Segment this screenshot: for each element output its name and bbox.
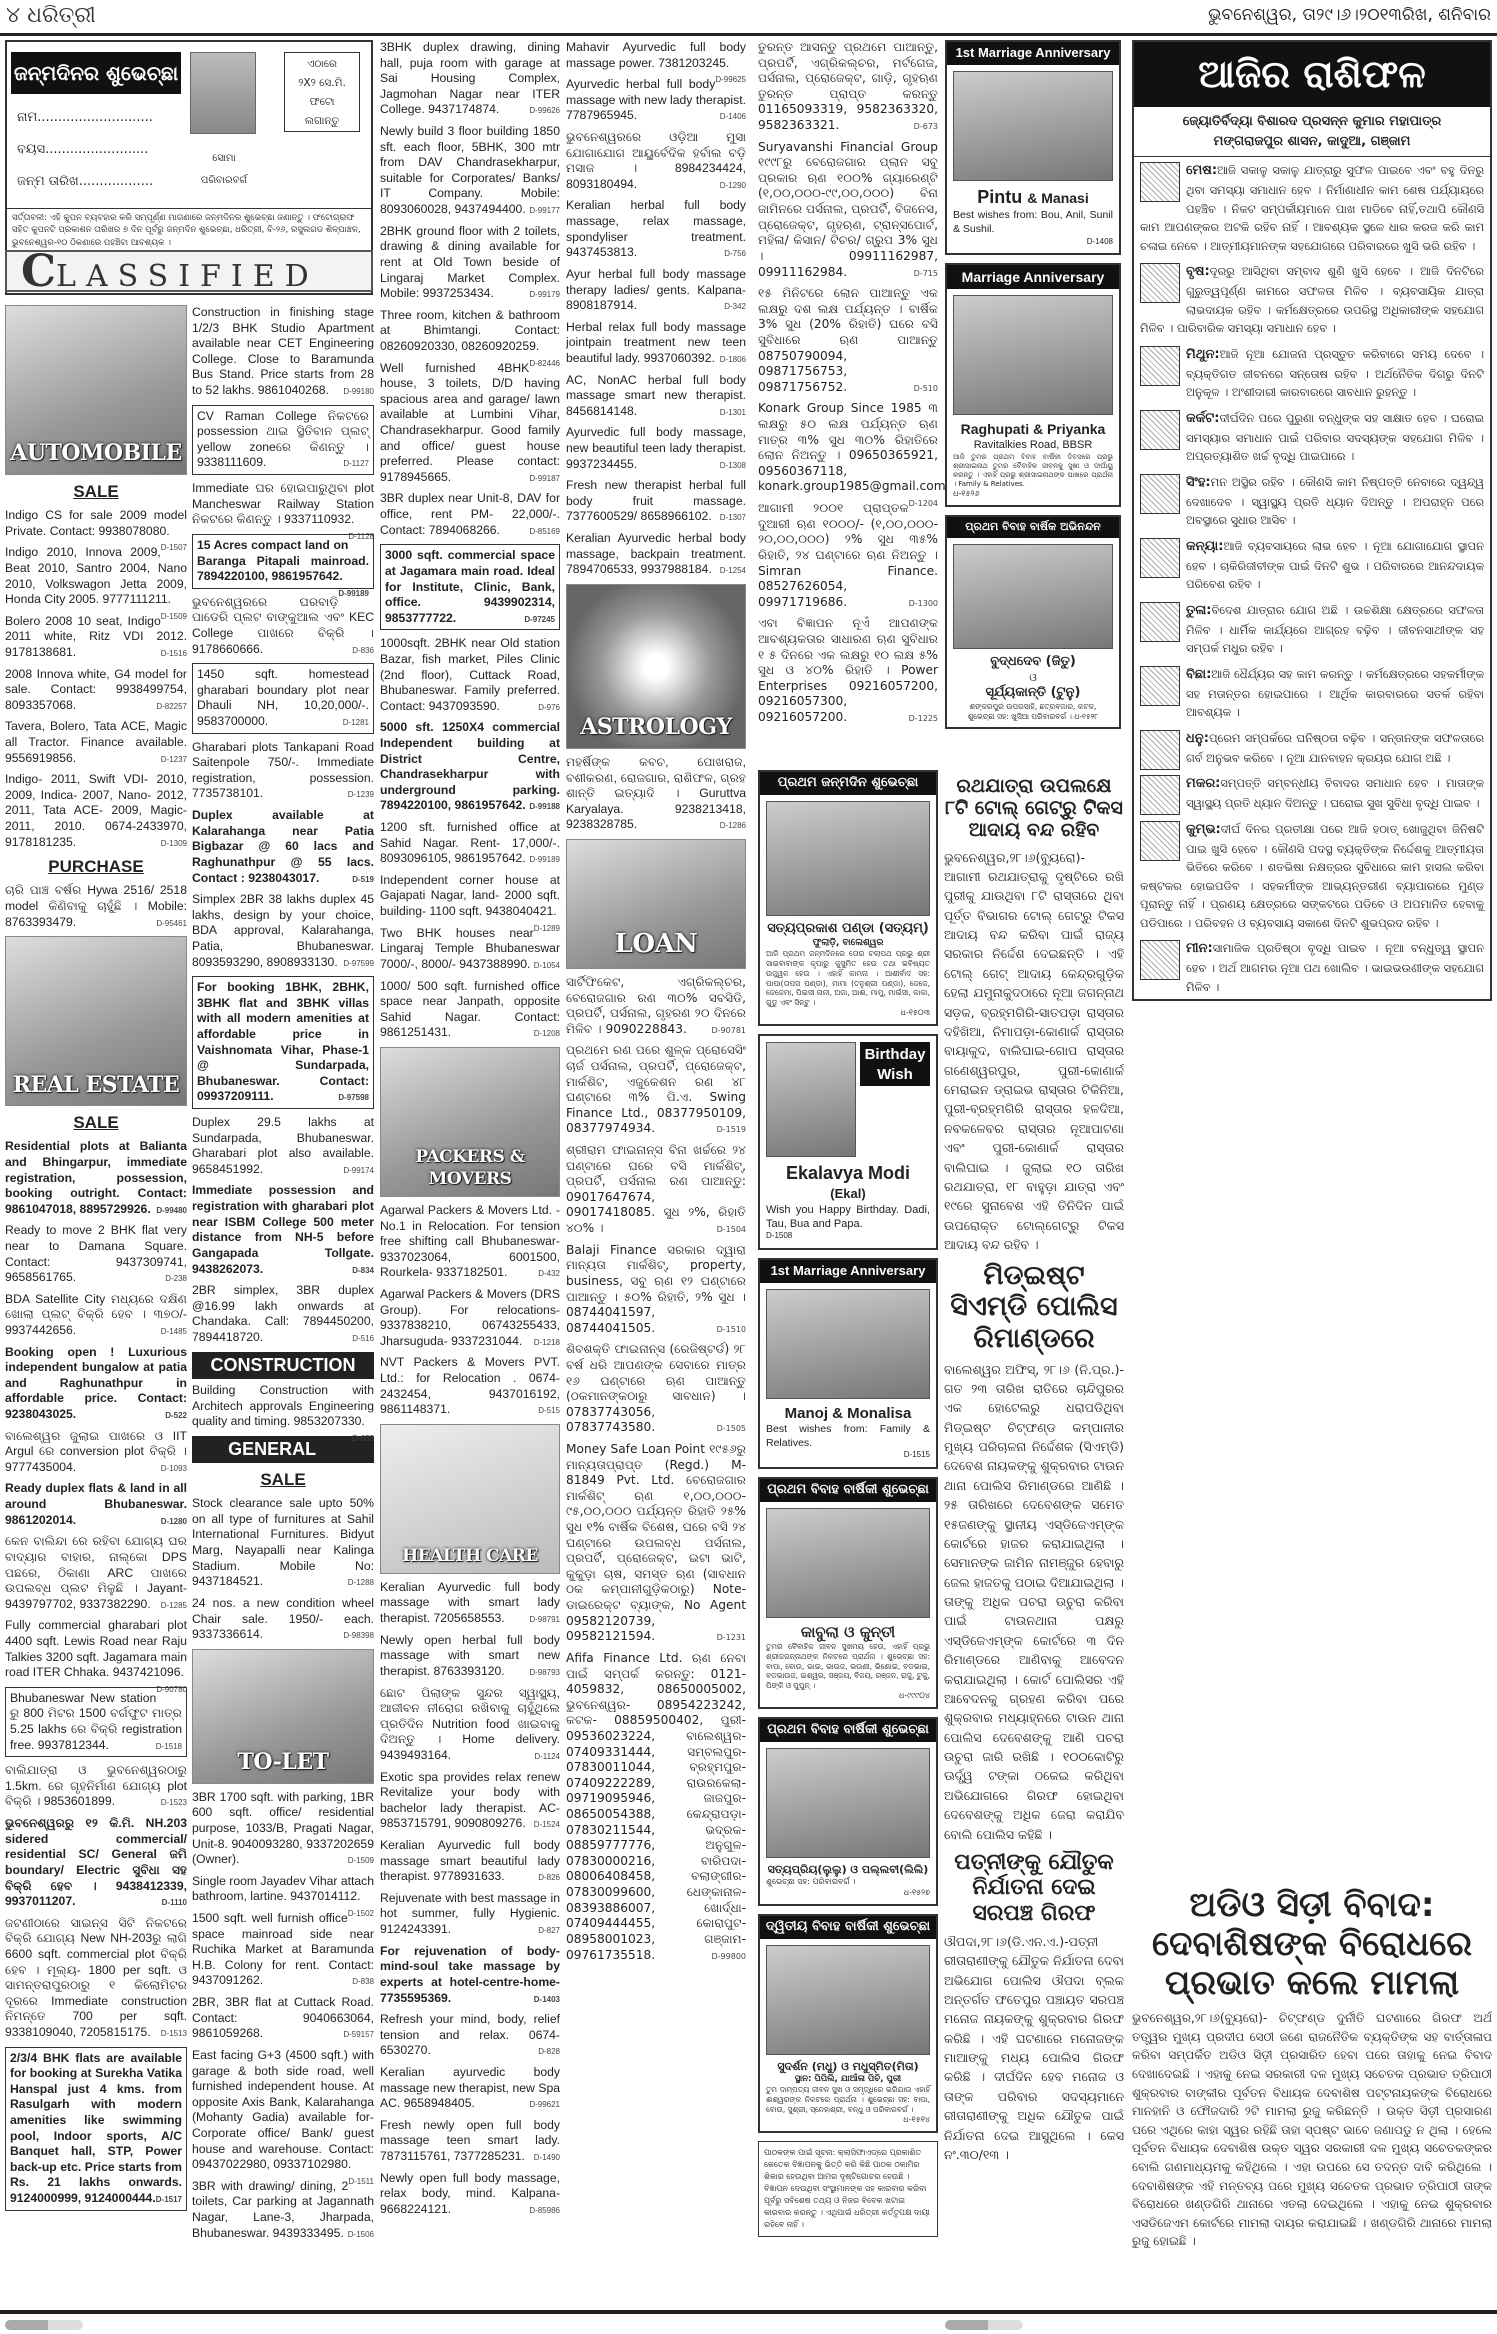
ad-code: D-1281 — [343, 718, 369, 728]
ad-text: ଶ୍ରୀରାମ ଫାଇନାନ୍ସ ବିନା ଖର୍ଚ୍ଚରେ ୨୪ ଘଣ୍ଟାର… — [566, 1143, 746, 1235]
field-dob[interactable]: ଜନ୍ମ ତାରିଖ.................. — [17, 174, 153, 191]
ad-text: Booking open ! Luxurious independent bun… — [5, 1345, 187, 1421]
classified-ad: 2BHK ground floor with 2 toilets, drawin… — [380, 224, 560, 302]
automobile-image: AUTOMOBILE — [5, 305, 187, 475]
couple-place: ଶଙ୍କରପୁର ଉପରସାହି, ଛତ୍ରବଜାର, କଟକ, — [953, 702, 1113, 712]
classified-ad: Indigo CS for sale 2009 model Private. C… — [5, 508, 187, 539]
child-place: ଫୁଲାଡ଼ି, ବାଲେଶ୍ୱର — [766, 938, 930, 950]
packers-image: PACKERS & MOVERS — [380, 1047, 560, 1197]
classified-ad: Fresh newly open full body massage teen … — [380, 2118, 560, 2165]
ad-code: D-97245 — [524, 615, 555, 625]
ad-text: Bolero 2008 10 seat, Indigo 2011 white, … — [5, 614, 187, 659]
notice-code: ଧ-୯୯୯୦୪ — [766, 1691, 930, 1701]
ad-code: D-827 — [538, 1926, 560, 1936]
column-property: Construction in finishing stage 1/2/3 BH… — [192, 305, 374, 2305]
horoscope-sign: ବୃଷ:ଦୂରରୁ ଆସିଥିବା ସମ୍ବାଦ ଶୁଣି ଖୁସି ହେବେ … — [1134, 258, 1490, 340]
ad-code: D-1403 — [534, 1995, 560, 2005]
ad-code: D-1406 — [720, 112, 746, 122]
classified-ad: 5000 sft. 1250X4 commercial Independent … — [380, 720, 560, 814]
and-conjunction: ଓ — [953, 671, 1113, 685]
top-rule — [0, 33, 1497, 36]
classified-ad: Agarwal Packers & Movers (DRS Group). Fo… — [380, 1287, 560, 1349]
classified-ad: Newly open full body massage, relax body… — [380, 2171, 560, 2218]
ad-code: D-99187 — [529, 474, 560, 484]
news-body-midest: ବାଲେଶ୍ୱର ଅଫିସ୍, ୨୮।୬ (ନି.ପ୍ର.)- ଗତ ୨୩ ତା… — [944, 1360, 1124, 1844]
news-headline-dowry: ପତ୍ନୀଙ୍କୁ ଯୌତୁକ ନିର୍ଯାତନା ଦେଇ ସରପଞ୍ଚ ଗିର… — [944, 1850, 1124, 1926]
news-body-toll: ଭୁବନେଶ୍ୱର,୨୮।୬(ବ୍ୟୁରୋ)- ଆଗାମୀ ରଥଯାତ୍ରାକୁ… — [944, 848, 1124, 1255]
ad-text: Immediate ଘର ହୋଇପାରୁଥିବା plot Mancheswar… — [192, 481, 374, 526]
sample-photo — [190, 52, 256, 134]
zodiac-icon — [1140, 602, 1180, 642]
ad-text: 2/3/4 BHK flats are available for bookin… — [10, 2051, 182, 2205]
ad-text: Well furnished 4BHK house, 3 toilets, D/… — [380, 361, 560, 484]
classified-ad: Independent corner house at Gajapati Nag… — [380, 873, 560, 920]
couple-name: ସୁଦର୍ଶନ (ମଧୁ) ଓ ମଧୁସ୍ମିତ(ମିତା) — [766, 2060, 930, 2074]
ad-text: Balaji Finance ସରକାର ଦ୍ୱାରା ମାନ୍ୟତା ମାର୍… — [566, 1243, 746, 1335]
ad-code: D-82446 — [529, 359, 560, 369]
classified-ad: Building Construction with Architech app… — [192, 1383, 374, 1430]
news-column: ରଥଯାତ୍ରା ଉପଲକ୍ଷେ ୮ଟି ଟୋଲ୍ ଗେଟ୍‌ରୁ ଟିକସ ଆ… — [944, 770, 1124, 2270]
ad-code: D-1254 — [720, 566, 746, 576]
sign-name: କନ୍ୟା: — [1186, 539, 1223, 554]
classified-ad: ସାର୍ଟିଫିକେଟ, ଏଗ୍ରିକଲ୍‌ଚର, ବେରୋଜଗାର ରଣ ୩୦… — [566, 975, 746, 1037]
classified-ad: BDA Satellite City ମଧ୍ୟରେ ଦକ୍ଷିଣ ଖୋଲା ପ୍… — [5, 1292, 187, 1339]
ad-text: NVT Packers & Movers PVT. Ltd.: for Relo… — [380, 1355, 560, 1416]
ad-code: D-1509 — [348, 1856, 374, 1866]
classified-ad: Keralian Ayurvedic herbal body massage, … — [566, 531, 746, 578]
ad-text: Duplex available at Kalarahanga near Pat… — [192, 808, 374, 884]
classified-ad: 1000/ 500 sqft. furnished office space n… — [380, 979, 560, 1041]
ad-code: D-1507 — [161, 543, 187, 553]
sign-name: ସିଂହ: — [1186, 475, 1211, 490]
classified-rest: LASSIFIED — [56, 259, 319, 294]
astrologer-address: ମଙ୍ଗରାଜପୁର ଶାସନ, କାଦୁଆ, ଗଞ୍ଜାମ — [1134, 132, 1490, 152]
ad-text: Independent corner house at Gajapati Nag… — [380, 873, 560, 918]
notice-code: D-1408 — [953, 237, 1113, 247]
ad-code: D-1490 — [534, 2153, 560, 2163]
ad-text: 5000 sft. 1250X4 commercial Independent … — [380, 720, 560, 812]
notice-code: ଧ-୧୫୧୪ — [766, 2115, 930, 2125]
zodiac-icon — [1140, 263, 1180, 303]
field-age[interactable]: ବୟସ......................... — [17, 142, 148, 159]
zodiac-icon — [1140, 410, 1180, 450]
column-tolet-services: 3BHK duplex drawing, dining hall, puja r… — [380, 40, 560, 2310]
ad-code: D-97599 — [343, 959, 374, 969]
horoscope-box: ଆଜିର ରାଶିଫଳ ଜ୍ୟୋତିର୍ବିଦ୍ୟା ବିଶାରଦ ପ୍ରସନ୍… — [1132, 40, 1492, 1001]
news-headline-midest: ମିଡ୍‌ଇଷ୍ଟ ସିଏମ୍‌ଡି ପୋଲିସ ରିମାଣ୍ଡରେ — [944, 1260, 1124, 1353]
ad-code: D-1505 — [717, 1424, 746, 1434]
classified-ad: Single room Jayadev Vihar attach bathroo… — [192, 1874, 374, 1905]
ad-code: D-99626 — [529, 106, 560, 116]
ad-text: 1000sqft. 2BHK near Old station Bazar, f… — [380, 636, 560, 712]
ad-text: Ayur herbal full body massage therapy la… — [566, 267, 746, 312]
ad-code: D-976 — [538, 703, 560, 713]
ad-code: D-1513 — [161, 2029, 187, 2039]
classified-ad: Ready to move 2 BHK flat very near to Da… — [5, 1223, 187, 1285]
ad-code: D-99480 — [156, 1206, 187, 1216]
sign-text: ସମ୍ପତ୍ତି ସମ୍ବନ୍ଧୀୟ ବିବାଦର ସମାଧାନ ହେବ । ମ… — [1186, 776, 1484, 810]
ad-text: ବାଲିଯାତ୍ରା ଓ ଭୁବନେଶ୍ୱରଠାରୁ 1.5km. ରେ ଗୃହ… — [5, 1763, 187, 1808]
classified-ad: ତୁରନ୍ତ ଆସନ୍ତୁ ପ୍ରଥମେ ପାଆନ୍ତୁ, ପ୍ରପର୍ଟି, … — [758, 40, 938, 134]
ad-code: D-1239 — [348, 790, 374, 800]
astrology-image: ASTROLOGY — [566, 584, 746, 749]
child-name: ସତ୍ୟପ୍ରକାଶ ପଣ୍ଡା (ସତ୍ୟମ୍) — [766, 921, 930, 938]
classified-ad: Newly open herbal full body massage with… — [380, 1633, 560, 1680]
ad-code: D-1093 — [161, 1464, 187, 1474]
classified-ad: 3BR with drawing/ dining, 2 toilets, Car… — [192, 2179, 374, 2241]
notice-header: ପ୍ରଥମ ବିବାହ ବାର୍ଷିକୀ ଶୁଭେଚ୍ଛା — [760, 1479, 936, 1502]
ad-code: D-1208 — [534, 1029, 560, 1039]
ad-code: D-715 — [914, 269, 938, 279]
ad-text: ଛୋଟ ପିଲାଙ୍କ ସୁନ୍ଦର ସ୍ୱାସ୍ଥ୍ୟ, ଆଜୀବନ ନୀରୋ… — [380, 1686, 560, 1762]
ad-code: D-1307 — [720, 513, 746, 523]
notice-code: D-1508 — [766, 1231, 930, 1241]
column-automobile-realestate: AUTOMOBILE SALE Indigo CS for sale 2009 … — [5, 305, 187, 2305]
classified-ad: Balaji Finance ସରକାର ଦ୍ୱାରା ମାନ୍ୟତା ମାର୍… — [566, 1243, 746, 1337]
ad-code: D-1289 — [534, 924, 560, 934]
ad-text: 2BR simplex, 3BR duplex @16.99 lakh onwa… — [192, 1283, 374, 1344]
masthead: ୪ ଧରିତ୍ରୀ ଭୁବନେଶ୍ୱର, ତା୨୯।୬।୨୦୧୩ରିଖ, ଶନି… — [0, 0, 1497, 32]
notice-header: Marriage Anniversary — [947, 265, 1119, 289]
classified-ad: Two BHK houses near Lingaraj Temple Bhub… — [380, 926, 560, 973]
ad-code: D-515 — [538, 1406, 560, 1416]
ad-text: Agarwal Packers & Movers Ltd. - No.1 in … — [380, 1203, 560, 1279]
couple-name: କାବୁଲା ଓ କୁନ୍ତୀ — [766, 1623, 930, 1643]
ad-code: D-1519 — [717, 1125, 746, 1135]
notice-message: Wish you Happy Birthday. Dadi, Tau, Bua … — [766, 1203, 930, 1232]
notice-code: ଧ-୧୫୨୭ — [766, 1888, 930, 1898]
ad-code: D-1301 — [720, 408, 746, 418]
automobile-label: AUTOMOBILE — [6, 439, 186, 468]
classified-ad: Keralian herbal full body massage, relax… — [566, 198, 746, 260]
classified-ad: Newly build 3 floor building 1850 sft. e… — [380, 124, 560, 218]
ad-text: Indigo CS for sale 2009 model Private. C… — [5, 508, 187, 538]
ad-code: D-432 — [538, 1269, 560, 1279]
construction-heading: CONSTRUCTION — [192, 1352, 374, 1379]
classified-ad: ବାଲିଯାତ୍ରା ଓ ଭୁବନେଶ୍ୱରଠାରୁ 1.5km. ରେ ଗୃହ… — [5, 1763, 187, 1810]
notice-message: ଶୁଭେଚ୍ଛା ସହ: ଖୁସିଆ ପରିବାରବର୍ଗ । ଧ-୧୫୨୮ — [953, 712, 1113, 722]
classified-ad: Ayur herbal full body massage therapy la… — [566, 267, 746, 314]
anniversary-raghupati-notice: Marriage Anniversary Raghupati & Priyank… — [945, 263, 1121, 507]
horoscope-section: ଆଜିର ରାଶିଫଳ ଜ୍ୟୋତିର୍ବିଦ୍ୟା ବିଶାରଦ ପ୍ରସନ୍… — [1132, 40, 1492, 1870]
ad-text: Refresh your mind, body, relief tension … — [380, 2012, 560, 2057]
sign-name: ମୀନ: — [1186, 941, 1213, 956]
horoscope-sign: ମେଷ:ଆଜି ସକାଳୁ ସକାଳୁ ଯାତ୍ରାରୁ ସୁଫଳ ପାଇବେ … — [1134, 157, 1490, 258]
horoscope-sign: କନ୍ୟା:ଆଜି ବ୍ୟବସାୟରେ ଲାଭ ହେବ । ନୂଆ ଯୋଗାଯୋ… — [1134, 533, 1490, 597]
ad-code: D-1510 — [717, 1325, 746, 1335]
child-photo — [766, 801, 930, 916]
general-heading: GENERAL — [192, 1436, 374, 1463]
ad-code: D-99189 — [529, 855, 560, 865]
ad-text: Residential plots at Balianta and Bhinga… — [5, 1139, 187, 1215]
zodiac-icon — [1140, 474, 1180, 514]
ad-code: D-1218 — [534, 1338, 560, 1348]
scrollbar-left[interactable] — [5, 2320, 83, 2330]
ad-text: Immediate possession and registration wi… — [192, 1183, 374, 1275]
ad-code: D-828 — [538, 2047, 560, 2057]
classified-ad: 3BR 1700 sqft. with parking, 1BR 600 sqf… — [192, 1790, 374, 1868]
classified-ad: Construction in finishing stage 1/2/3 BH… — [192, 305, 374, 399]
classified-initial: C — [21, 246, 56, 297]
notice-message: ଆଜି ପ୍ରଥମ ଜନ୍ମଦିନରେ ତୋର ଚଲାପଥ ପ୍ରଭୁ ଶ୍ରୀ… — [766, 949, 930, 1008]
sign-text: ମନ ଅସ୍ଥିର ରହିବ । କୌଣସି କାମ ନିଷ୍ପତ୍ତି ନେବ… — [1186, 475, 1484, 528]
anniversary-satyapriya-notice: ପ୍ରଥମ ବିବାହ ବାର୍ଷିକୀ ଶୁଭେଚ୍ଛା ସତ୍ୟପ୍ରିୟ(… — [758, 1717, 938, 1906]
ad-text: Tavera, Bolero, Tata ACE, Magic all Trac… — [5, 719, 187, 764]
couple-photo — [953, 71, 1113, 181]
ad-text: ଶିବଶକ୍ତି ଫାଇନାନ୍ସ (ରେଜିଷ୍ଟର୍ଡ) ୨୮ ବର୍ଷ ଧ… — [566, 1342, 746, 1434]
ad-code: D-1518 — [156, 1742, 182, 1752]
classified-ad: 15 Acres compact land on Baranga Pitapal… — [192, 534, 374, 589]
classified-ad: Exotic spa provides relax renew Revitali… — [380, 1770, 560, 1832]
real-estate-image: REAL ESTATE — [5, 936, 187, 1106]
ad-code: D-99179 — [529, 290, 560, 300]
notice-code: ଧ-୧୫୨୮ — [1074, 712, 1098, 721]
sign-text: ପ୍ରେମ ସମ୍ପର୍କରେ ଘନିଷ୍ଠତା ବଢ଼ିବ । ସନ୍ତାନଙ… — [1186, 731, 1484, 765]
name-b: & Manasi — [1027, 190, 1088, 206]
classified-ad: Ayurvedic full body massage, new beautif… — [566, 425, 746, 472]
classified-ad: 2BR simplex, 3BR duplex @16.99 lakh onwa… — [192, 1283, 374, 1345]
sign-text: ଦୀର୍ଘଦିନ ପରେ ପୁରୁଣା ବନ୍ଧୁଙ୍କ ସହ ସାକ୍ଷାତ … — [1186, 411, 1484, 464]
ad-code: D-82257 — [156, 702, 187, 712]
notice-header: ପ୍ରଥମ ଜନ୍ମଦିନ ଶୁଭେଚ୍ଛା — [760, 772, 936, 795]
classified-ad: Agarwal Packers & Movers Ltd. - No.1 in … — [380, 1203, 560, 1281]
re-sale-heading: SALE — [5, 1112, 187, 1134]
classified-ad: 1500 sqft. well furnish office space mai… — [192, 1911, 374, 1989]
ad-text: Rejuvenate with best massage in hot summ… — [380, 1891, 560, 1936]
couple-photo — [766, 1748, 930, 1858]
classified-ad: ଭୁବନେଶ୍ୱରରୁ ୧୨ କି.ମି. NH.203 sidered com… — [5, 1816, 187, 1910]
page-label: ୪ ଧରିତ୍ରୀ — [6, 2, 96, 31]
classified-ad: କେନ ବାଲିନ୍ଦା ରେ ରହିବା ଯୋଗ୍ୟ ଘର ବାଦ୍ୟାର ବ… — [5, 1534, 187, 1612]
bottom-rule — [0, 2310, 1497, 2314]
ad-code: D-1280 — [161, 1517, 187, 1527]
couple-photo — [953, 544, 1113, 649]
ad-text: Building Construction with Architech app… — [192, 1383, 374, 1428]
ad-code: D-1054 — [534, 961, 560, 971]
ad-text: ବାଲେଶ୍ୱର ଜୁଲାଇ ପାଖରେ ଓ IIT Argul ରେ conv… — [5, 1429, 187, 1474]
name-a: Pintu — [977, 187, 1022, 207]
classified-ad: Gharabari plots Tankapani Road Saitenpol… — [192, 740, 374, 802]
couple-photo — [766, 1289, 930, 1399]
ad-code: D-1231 — [717, 1633, 746, 1643]
classified-ad: 1000sqft. 2BHK near Old station Bazar, f… — [380, 636, 560, 714]
ad-text: Single room Jayadev Vihar attach bathroo… — [192, 1874, 374, 1904]
scrollbar-center[interactable] — [945, 2320, 1023, 2330]
ad-code: D-1509 — [161, 612, 187, 622]
classified-ad: For rejuvenation of body-mind-soul take … — [380, 1944, 560, 2006]
notice-message: Best wishes from: Family & Relatives. — [766, 1423, 930, 1450]
classified-ad: Residential plots at Balianta and Bhinga… — [5, 1139, 187, 1217]
sign-name: ବିଛା: — [1186, 667, 1211, 682]
classified-ad: Immediate ଘର ହୋଇପାରୁଥିବା plot Mancheswar… — [192, 481, 374, 528]
ad-code: D-99189 — [338, 589, 369, 599]
notice-header: ପ୍ରଥମ ବିବାହ ବାର୍ଷିକୀ ଶୁଭେଚ୍ଛା — [760, 1719, 936, 1742]
notice-code: ଧ-୧୫୨୬ — [953, 489, 1113, 499]
ad-text: ଭୁବନେଶ୍ୱରରୁ ୧୨ କି.ମି. NH.203 sidered com… — [5, 1816, 187, 1908]
classified-ad: Well furnished 4BHK house, 3 toilets, D/… — [380, 361, 560, 486]
classified-ad: Simplex 2BR 38 lakhs duplex 45 lakhs, de… — [192, 892, 374, 970]
classified-ad: Bhubaneswar New station ରୁ 800 ମିଟର 1500… — [5, 1687, 187, 1757]
personal-notices: ପ୍ରଥମ ଜନ୍ମଦିନ ଶୁଭେଚ୍ଛା ସତ୍ୟପ୍ରକାଶ ପଣ୍ଡା … — [758, 770, 938, 2270]
classified-ad: Keralian ayurvedic body massage new ther… — [380, 2065, 560, 2112]
ad-code: D-1128 — [348, 532, 374, 542]
ad-code: D-1237 — [161, 755, 187, 765]
classified-ad: Immediate possession and registration wi… — [192, 1183, 374, 1277]
birthday-wish-notice: Birthday Wish Ekalavya Modi (Ekal) Wish … — [758, 1034, 938, 1249]
horoscope-sign: ବିଛା:ଆଜି ଧୈର୍ଯ୍ୟର ସହ କାମ କରନ୍ତୁ । କର୍ମକ୍… — [1134, 661, 1490, 725]
birthday-coupon-title: ଜନ୍ମଦିନର ଶୁଭେଚ୍ଛା — [11, 52, 181, 94]
classified-ad: Booking open ! Luxurious independent bun… — [5, 1345, 187, 1423]
column-health-finance: Mahavir Ayurvedic full body massage powe… — [566, 40, 746, 2310]
classified-ad: Suryavanshi Financial Group ୧୯୯୮ରୁ ବେରୋଜ… — [758, 140, 938, 280]
notice-header: 1st Marriage Anniversary — [760, 1260, 936, 1283]
notice-code: ଧ-୧୫୦୩ — [766, 1008, 930, 1018]
ad-code: D-99177 — [529, 206, 560, 216]
zodiac-icon — [1140, 538, 1180, 578]
couple-name: Manoj & Monalisa — [766, 1404, 930, 1424]
horoscope-sign: ମକର:ସମ୍ପତ୍ତି ସମ୍ବନ୍ଧୀୟ ବିବାଦର ସମାଧାନ ହେବ… — [1134, 770, 1490, 816]
couple-photo — [766, 1945, 930, 2055]
zodiac-icon — [1140, 346, 1180, 386]
ad-text: କେନ ବାଲିନ୍ଦା ରେ ରହିବା ଯୋଗ୍ୟ ଘର ବାଦ୍ୟାର ବ… — [5, 1534, 187, 1610]
ad-code: D-99625 — [715, 75, 746, 85]
classified-ad: ଜଟଣୀଠାରେ ସାଇନ୍ସ ସିଟି ନିକଟରେ ବିକ୍ରି ଯୋଗ୍ୟ… — [5, 1916, 187, 2041]
classified-ad: ଚାରି ପାଞ୍ଚ ବର୍ଷର Hywa 2516/ 2518 model କ… — [5, 883, 187, 930]
ad-code: D-1309 — [161, 839, 187, 849]
boy-name: Ekalavya Modi — [766, 1162, 930, 1185]
ad-text: Gharabari plots Tankapani Road Saitenpol… — [192, 740, 374, 801]
ad-text: Afifa Finance Ltd. ଋଣ ନେବା ପାଇଁ ସମ୍ପର୍କ … — [566, 1651, 746, 1962]
classified-ad: Mahavir Ayurvedic full body massage powe… — [566, 40, 746, 71]
ad-code: D-1485 — [161, 1327, 187, 1337]
general-sale-heading: SALE — [192, 1469, 374, 1491]
sign-name: ମକର: — [1186, 776, 1220, 791]
reader-notice: ପାଠକଙ୍କ ପାଇଁ ସୂଚନା: କ୍ଲାସିଫାଏଡ୍‌ରେ ପ୍ରକା… — [758, 2141, 938, 2237]
sign-text: ବିଦେଶ ଯାତ୍ରାର ଯୋଗ ଅଛି । ଉଚ୍ଚଶିକ୍ଷା କ୍ଷେତ… — [1186, 603, 1484, 656]
ad-text: Three room, kitchen & bathroom at Bhimta… — [380, 308, 560, 353]
classified-ad: 24 nos. a new condition wheel Chair sale… — [192, 1596, 374, 1643]
classified-ad: Herbal relax full body massage jointpain… — [566, 320, 746, 367]
classified-ad: 3BHK duplex drawing, dining hall, puja r… — [380, 40, 560, 118]
sign-name: କର୍କଟ: — [1186, 411, 1219, 426]
ad-code: D-838 — [352, 1977, 374, 1987]
classified-ad: ପ୍ରଥମେ ରଣ ପରେ ଶୁଳ୍କ ପ୍ରୋସେସିଂ ଚାର୍ଜ ପର୍ସ… — [566, 1043, 746, 1137]
purchase-heading: PURCHASE — [5, 856, 187, 878]
ad-text: ଏବା ବିଜ୍ଞାପନ ନୂଏଁ ଆପଣଙ୍କ ଆବଶ୍ୟକତାର ସାଧାର… — [758, 616, 938, 724]
horoscope-sign: କର୍କଟ:ଦୀର୍ଘଦିନ ପରେ ପୁରୁଣା ବନ୍ଧୁଙ୍କ ସହ ସା… — [1134, 405, 1490, 469]
classified-ad: Indigo- 2011, Swift VDI- 2010, 2009, Ind… — [5, 772, 187, 850]
ad-text: East facing G+3 (4500 sqft.) with garage… — [192, 2048, 374, 2171]
classified-ad: ମହର୍ଷିଙ୍କ କବଚ, ପୋଖରାଜ, ବଶୀକରଣ, ରୋଜଗାର, ର… — [566, 755, 746, 833]
sign-text: ଆଜି ବ୍ୟବସାୟରେ ଲାଭ ହେବ । ନୂଆ ଯୋଗାଯୋଗ ସ୍ଥା… — [1186, 539, 1484, 592]
sign-text: ଆଜି ନୂଆ ଯୋଜନା ପ୍ରସ୍ତୁତ କରିବାରେ ସମୟ ଦେବେ … — [1186, 347, 1484, 400]
ad-text: Suryavanshi Financial Group ୧୯୯୮ରୁ ବେରୋଜ… — [758, 140, 938, 279]
ad-code: D-1502 — [348, 1909, 374, 1919]
horoscope-sign: ସିଂହ:ମନ ଅସ୍ଥିର ରହିବ । କୌଣସି କାମ ନିଷ୍ପତ୍ତ… — [1134, 469, 1490, 533]
zodiac-icon — [1140, 775, 1180, 815]
ad-code: D-59157 — [343, 2030, 374, 2040]
classified-ad: 2008 Innova white, G4 model for sale. Co… — [5, 667, 187, 714]
classified-ad: ବାଲେଶ୍ୱର ଜୁଲାଇ ପାଖରେ ଓ IIT Argul ରେ conv… — [5, 1429, 187, 1476]
classified-ad: Fresh new therapist herbal full body fru… — [566, 478, 746, 525]
news-body-dowry: ଔପଦା,୨୮।୬(ଡି.ଏନ.ଏ.)-ପତ୍ନୀ ରୀତାରାଣୀଙ୍କୁ ଯ… — [944, 1932, 1124, 2165]
horoscope-sign: ମୀନ:ସାମାଜିକ ପ୍ରତିଷ୍ଠା ବୃଦ୍ଧି ପାଇବ । ନୂଆ … — [1134, 935, 1490, 999]
notice-header: 1st Marriage Anniversary — [947, 42, 1119, 65]
ad-code: D-1288 — [348, 1578, 374, 1588]
ad-text: Stock clearance sale upto 50% on all typ… — [192, 1496, 374, 1588]
classified-ad: Three room, kitchen & bathroom at Bhimta… — [380, 308, 560, 355]
ad-code: D-1504 — [717, 1225, 746, 1235]
ad-code: D-1127 — [343, 459, 369, 469]
ad-code: D-1300 — [909, 599, 938, 609]
couple-place: Ravitalkies Road, BBSR — [953, 438, 1113, 452]
classified-ad: 3000 sqft. commercial space at Jagamara … — [380, 544, 560, 630]
couple-place: ସ୍ଥାନ: ପିପିଲି, ଯାଆଁଳା ପିଚି, ପୁରୀ — [766, 2074, 930, 2085]
classified-ad: Fully commercial gharabari plot 4400 sqf… — [5, 1618, 187, 1680]
first-birthday-notice: ପ୍ରଥମ ଜନ୍ମଦିନ ଶୁଭେଚ୍ଛା ସତ୍ୟପ୍ରକାଶ ପଣ୍ଡା … — [758, 770, 938, 1026]
sign-text: ସାମାଜିକ ପ୍ରତିଷ୍ଠା ବୃଦ୍ଧି ପାଇବ । ନୂଆ ବନ୍ଧ… — [1186, 941, 1484, 994]
classified-ad: ଛୋଟ ପିଲାଙ୍କ ସୁନ୍ଦର ସ୍ୱାସ୍ଥ୍ୟ, ଆଜୀବନ ନୀରୋ… — [380, 1686, 560, 1764]
classified-ad: ଆଗାମୀ ୨୦୦୧ ପ୍ରାପ୍ତକ ଦୁଆରୀ ଋଣ ୧୦୦୦/- (୧,୦… — [758, 501, 938, 610]
classified-ad: For booking 1BHK, 2BHK, 3BHK flat and 3B… — [192, 976, 374, 1109]
ad-code: D-98791 — [529, 1615, 560, 1625]
astrologer-name: ଜ୍ୟୋତିର୍ବିଦ୍ୟା ବିଶାରଦ ପ୍ରସନ୍ନ କୁମାର ମହାପ… — [1134, 112, 1490, 132]
classified-ad: Indigo 2010, Innova 2009, Beat 2010, San… — [5, 545, 187, 607]
horoscope-sign: କୁମ୍ଭ:ଦୀର୍ଘ ଦିନର ପ୍ରତୀକ୍ଷା ପରେ ଆଜି ହଠାତ୍… — [1134, 816, 1490, 935]
photo-slot-line: ଏଠାରେ — [285, 55, 359, 74]
classified-ad: Afifa Finance Ltd. ଋଣ ନେବା ପାଇଁ ସମ୍ପର୍କ … — [566, 1651, 746, 1963]
sale-heading: SALE — [5, 481, 187, 503]
ad-text: Keralian Ayurvedic full body massage sma… — [380, 1838, 560, 1883]
wish-from: ଶୁଭେଚ୍ଛା ସହ: ଖୁସିଆ ପରିବାରବର୍ଗ । — [968, 712, 1072, 721]
ad-text: ୧୫ ମିନିଟରେ ଲୋନ ପାଆନ୍ତୁ ଏକ ଲକ୍ଷରୁ ଦଶ ଲକ୍ଷ… — [758, 286, 938, 394]
notice-message: Best wishes from: Bou, Anil, Sunil & Sus… — [953, 209, 1113, 236]
couple-photo — [766, 1508, 930, 1618]
ad-code: D-1204 — [909, 499, 938, 509]
ad-text: ମହର୍ଷିଙ୍କ କବଚ, ପୋଖରାଜ, ବଶୀକରଣ, ରୋଜଗାର, ର… — [566, 755, 746, 831]
date-line: ଭୁବନେଶ୍ୱର, ତା୨୯।୬।୨୦୧୩ରିଖ, ଶନିବାର — [1208, 4, 1491, 26]
ad-code: D-1308 — [720, 461, 746, 471]
ad-code: D-99800 — [712, 1952, 747, 1962]
packers-label: PACKERS & MOVERS — [381, 1146, 559, 1190]
zodiac-icon — [1140, 666, 1180, 706]
ad-text: Mahavir Ayurvedic full body massage powe… — [566, 40, 746, 70]
horoscope-title: ଆଜିର ରାଶିଫଳ — [1134, 42, 1490, 107]
classified-ad: Rejuvenate with best massage in hot summ… — [380, 1891, 560, 1938]
news-body-audio-cd: ଭୁବନେଶ୍ୱର,୨୮।୬(ବ୍ୟୁରୋ)- ଚିଟ୍‌ଫଣ୍ଡ ଦୁର୍ନୀ… — [1132, 2009, 1492, 2251]
photo-slot: ଏଠାରେ ୨X୨ ସେ.ମି. ଫଟୋ ଲଗାନ୍ତୁ — [284, 52, 360, 132]
sign-text: ଆଜି ଧୈର୍ଯ୍ୟର ସହ କାମ କରନ୍ତୁ । କର୍ମକ୍ଷେତ୍ର… — [1186, 667, 1484, 720]
ad-text: 15 Acres compact land on Baranga Pitapal… — [197, 538, 369, 583]
ad-code: D-342 — [724, 302, 746, 312]
ad-code: D-1506 — [348, 2230, 374, 2240]
zodiac-icon — [1140, 730, 1180, 770]
ad-text: Simplex 2BR 38 lakhs duplex 45 lakhs, de… — [192, 892, 374, 968]
ad-code: D-99621 — [529, 2100, 560, 2110]
loan-label: LOAN — [567, 928, 745, 962]
sign-name: ତୁଳା: — [1186, 603, 1212, 618]
ad-code: D-1225 — [909, 714, 938, 724]
classified-ad: ଭୁବନେଶ୍ୱରରେ ଓଡ଼ିଆ ମୁସା ଯୋଗାଯୋଗ ଆୟୁର୍ବେଦି… — [566, 130, 746, 192]
ad-text: Ready duplex flats & land in all around … — [5, 1481, 187, 1526]
ad-text: 1500 sqft. well furnish office space mai… — [192, 1911, 374, 1987]
classified-ad: ୧୫ ମିନିଟରେ ଲୋନ ପାଆନ୍ତୁ ଏକ ଲକ୍ଷରୁ ଦଶ ଲକ୍ଷ… — [758, 286, 938, 395]
field-name[interactable]: ନାମ............................ — [17, 110, 153, 127]
ad-text: 3BR 1700 sqft. with parking, 1BR 600 sqf… — [192, 1790, 374, 1866]
ad-text: Konark Group Since 1985 ୩ ଲକ୍ଷରୁ ୫୦ ଲକ୍ଷ… — [758, 401, 946, 493]
classified-ad: 3BR duplex near Unit-8, DAV for office, … — [380, 491, 560, 538]
classified-ad: Duplex available at Kalarahanga near Pat… — [192, 808, 374, 886]
